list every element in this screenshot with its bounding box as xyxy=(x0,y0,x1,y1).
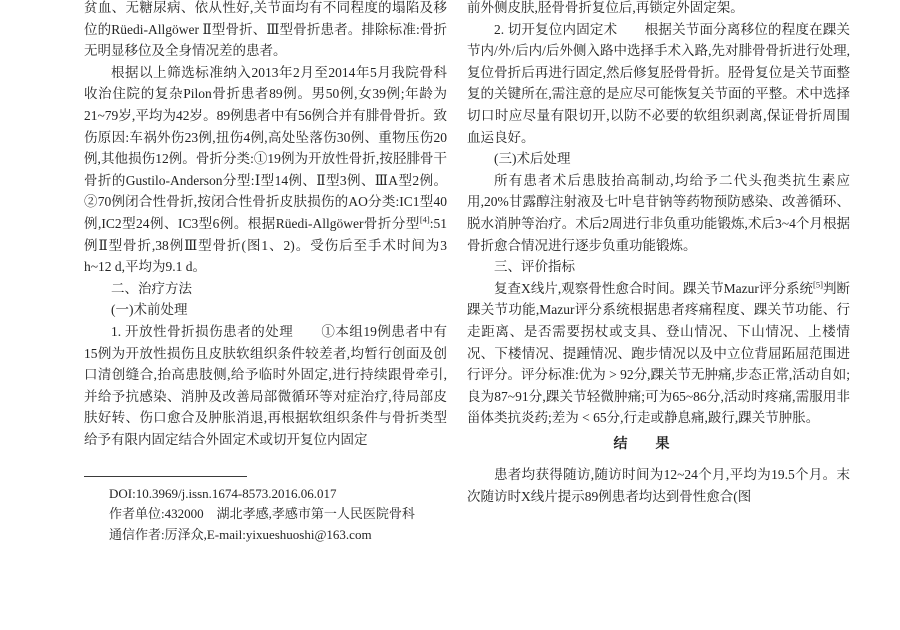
paragraph: 患者均获得随访,随访时间为12~24个月,平均为19.5个月。末次随访时X线片提… xyxy=(467,464,850,507)
text-run: (三)术后处理 xyxy=(494,151,571,166)
text-run: 前外侧皮肤,胫骨骨折复位后,再锁定外固定架。 xyxy=(467,0,744,15)
subsection-heading-treatment-methods: 二、治疗方法 xyxy=(84,278,447,300)
right-column: 前外侧皮肤,胫骨骨折复位后,再锁定外固定架。 2. 切开复位内固定术 根据关节面… xyxy=(467,0,850,508)
text-run: 所有患者术后患肢抬高制动,均给予二代头孢类抗生素应用,20%甘露醇注射液及七叶皂… xyxy=(467,173,850,253)
left-column: 贫血、无糖尿病、依从性好,关节面均有不同程度的塌陷及移位的Rüedi-Allgö… xyxy=(84,0,447,450)
text-run: 患者均获得随访,随访时间为12~24个月,平均为19.5个月。末次随访时X线片提… xyxy=(467,467,850,504)
paragraph: 复查X线片,观察骨性愈合时间。踝关节Mazur评分系统[5]判断踝关节功能,Ma… xyxy=(467,278,850,429)
footnote-block: DOI:10.3969/j.issn.1674-8573.2016.06.017… xyxy=(84,476,447,545)
subsection-heading-postop-handling: (三)术后处理 xyxy=(467,148,850,170)
results-section-heading: 结 果 xyxy=(450,434,833,456)
citation-superscript: [5] xyxy=(813,279,823,289)
text-run: 贫血、无糖尿病、依从性好,关节面均有不同程度的塌陷及移位的Rüedi-Allgö… xyxy=(84,0,447,58)
subsection-heading-preop-handling: (一)术前处理 xyxy=(84,299,447,321)
paragraph: 1. 开放性骨折损伤患者的处理 ①本组19例患者中有15例为开放性损伤且皮肤软组… xyxy=(84,321,447,451)
paragraph: 前外侧皮肤,胫骨骨折复位后,再锁定外固定架。 xyxy=(467,0,850,19)
journal-page: 贫血、无糖尿病、依从性好,关节面均有不同程度的塌陷及移位的Rüedi-Allgö… xyxy=(0,0,900,630)
text-run: 复查X线片,观察骨性愈合时间。踝关节Mazur评分系统 xyxy=(494,281,813,296)
paragraph: 所有患者术后患肢抬高制动,均给予二代头孢类抗生素应用,20%甘露醇注射液及七叶皂… xyxy=(467,170,850,256)
footnote-divider xyxy=(84,476,247,477)
text-run: 2. 切开复位内固定术 根据关节面分离移位的程度在踝关节内/外/后内/后外侧入路… xyxy=(467,22,850,145)
subsection-heading-evaluation-index: 三、评价指标 xyxy=(467,256,850,278)
paragraph: 2. 切开复位内固定术 根据关节面分离移位的程度在踝关节内/外/后内/后外侧入路… xyxy=(467,19,850,149)
footnote-doi: DOI:10.3969/j.issn.1674-8573.2016.06.017 xyxy=(84,484,447,504)
text-run: (一)术前处理 xyxy=(111,302,188,317)
paragraph: 根据以上筛选标准纳入2013年2月至2014年5月我院骨科收治住院的复杂Pilo… xyxy=(84,62,447,278)
text-run: 根据以上筛选标准纳入2013年2月至2014年5月我院骨科收治住院的复杂Pilo… xyxy=(84,65,447,231)
footnote-correspondence: 通信作者:厉泽众,E-mail:yixueshuoshi@163.com xyxy=(84,525,447,545)
text-run: 判断踝关节功能,Mazur评分系统根据患者疼痛程度、踝关节功能、行走距离、是否需… xyxy=(467,281,850,426)
text-run: 二、治疗方法 xyxy=(111,281,192,296)
footnote-affiliation: 作者单位:432000 湖北孝感,孝感市第一人民医院骨科 xyxy=(84,504,447,524)
citation-superscript: [4] xyxy=(420,214,430,224)
text-run: 1. 开放性骨折损伤患者的处理 ①本组19例患者中有15例为开放性损伤且皮肤软组… xyxy=(84,324,447,447)
text-run: 三、评价指标 xyxy=(494,259,575,274)
paragraph: 贫血、无糖尿病、依从性好,关节面均有不同程度的塌陷及移位的Rüedi-Allgö… xyxy=(84,0,447,62)
